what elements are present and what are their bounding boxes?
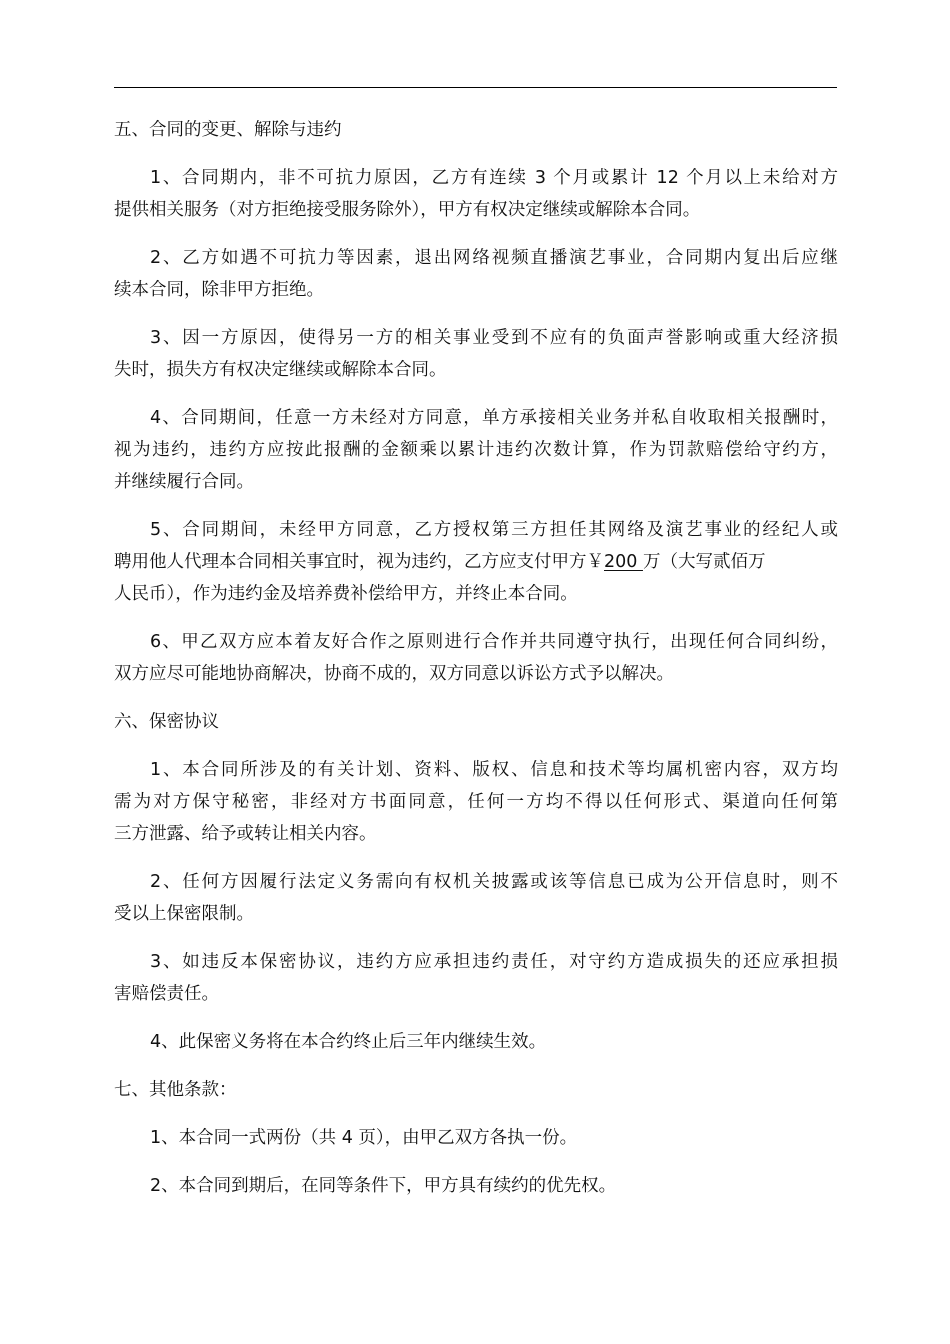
- clause-line: 续本合同，除非甲方拒绝。: [114, 274, 838, 306]
- clause-line: 害赔偿责任。: [114, 978, 838, 1010]
- clause-line: 1、合同期内，非不可抗力原因，乙方有连续 3 个月或累计 12 个月以上未给对方: [114, 162, 838, 194]
- clause-line: 6、甲乙双方应本着友好合作之原则进行合作并共同遵守执行，出现任何合同纠纷，: [114, 626, 838, 658]
- section-heading-7: 七、其他条款：: [114, 1074, 838, 1106]
- clause-line: 1、本合同所涉及的有关计划、资料、版权、信息和技术等均属机密内容，双方均: [114, 754, 838, 786]
- header-rule: [114, 87, 837, 88]
- clause-line: 双方应尽可能地协商解决，协商不成的，双方同意以诉讼方式予以解决。: [114, 658, 838, 690]
- clause-6-3: 3、如违反本保密协议，违约方应承担违约责任，对守约方造成损失的还应承担损 害赔偿…: [114, 946, 838, 1010]
- clause-5-3: 3、因一方原因，使得另一方的相关事业受到不应有的负面声誉影响或重大经济损 失时，…: [114, 322, 838, 386]
- clause-line: 3、如违反本保密协议，违约方应承担违约责任，对守约方造成损失的还应承担损: [114, 946, 838, 978]
- section-heading-5: 五、合同的变更、解除与违约: [114, 114, 838, 146]
- clause-7-1: 1、本合同一式两份（共 4 页），由甲乙双方各执一份。: [114, 1122, 838, 1154]
- clause-line: 视为违约，违约方应按此报酬的金额乘以累计违约次数计算，作为罚款赔偿给守约方，: [114, 434, 838, 466]
- penalty-amount: 200: [604, 552, 643, 572]
- clause-line: 4、合同期间，任意一方未经对方同意，单方承接相关业务并私自收取相关报酬时，: [114, 402, 838, 434]
- clause-5-6: 6、甲乙双方应本着友好合作之原则进行合作并共同遵守执行，出现任何合同纠纷， 双方…: [114, 626, 838, 690]
- clause-5-4: 4、合同期间，任意一方未经对方同意，单方承接相关业务并私自收取相关报酬时， 视为…: [114, 402, 838, 498]
- clause-line: 4、此保密义务将在本合约终止后三年内继续生效。: [114, 1026, 838, 1058]
- clause-5-5: 5、合同期间，未经甲方同意，乙方授权第三方担任其网络及演艺事业的经纪人或 聘用他…: [114, 514, 838, 610]
- clause-line: 并继续履行合同。: [114, 466, 838, 498]
- clause-line: 5、合同期间，未经甲方同意，乙方授权第三方担任其网络及演艺事业的经纪人或: [114, 514, 838, 546]
- clause-7-2: 2、本合同到期后，在同等条件下，甲方具有续约的优先权。: [114, 1170, 838, 1202]
- clause-line: 1、本合同一式两份（共 4 页），由甲乙双方各执一份。: [114, 1122, 838, 1154]
- clause-line: 提供相关服务（对方拒绝接受服务除外），甲方有权决定继续或解除本合同。: [114, 194, 838, 226]
- section-heading-6: 六、保密协议: [114, 706, 838, 738]
- clause-line: 人民币），作为违约金及培养费补偿给甲方，并终止本合同。: [114, 578, 838, 610]
- clause-6-4: 4、此保密义务将在本合约终止后三年内继续生效。: [114, 1026, 838, 1058]
- clause-line: 3、因一方原因，使得另一方的相关事业受到不应有的负面声誉影响或重大经济损: [114, 322, 838, 354]
- clause-5-2: 2、乙方如遇不可抗力等因素，退出网络视频直播演艺事业，合同期内复出后应继 续本合…: [114, 242, 838, 306]
- clause-6-1: 1、本合同所涉及的有关计划、资料、版权、信息和技术等均属机密内容，双方均 需为对…: [114, 754, 838, 850]
- clause-line: 三方泄露、给予或转让相关内容。: [114, 818, 838, 850]
- clause-line: 2、任何方因履行法定义务需向有权机关披露或该等信息已成为公开信息时，则不: [114, 866, 838, 898]
- clause-line: 失时，损失方有权决定继续或解除本合同。: [114, 354, 838, 386]
- clause-line: 受以上保密限制。: [114, 898, 838, 930]
- clause-line: 需为对方保守秘密，非经对方书面同意，任何一方均不得以任何形式、渠道向任何第: [114, 786, 838, 818]
- clause-line: 聘用他人代理本合同相关事宜时，视为违约，乙方应支付甲方￥200 万（大写贰佰万: [114, 546, 838, 578]
- clause-text: 聘用他人代理本合同相关事宜时，视为违约，乙方应支付甲方￥: [114, 552, 604, 572]
- clause-line: 2、乙方如遇不可抗力等因素，退出网络视频直播演艺事业，合同期内复出后应继: [114, 242, 838, 274]
- document-body: 五、合同的变更、解除与违约 1、合同期内，非不可抗力原因，乙方有连续 3 个月或…: [114, 114, 838, 1202]
- clause-line: 2、本合同到期后，在同等条件下，甲方具有续约的优先权。: [114, 1170, 838, 1202]
- clause-5-1: 1、合同期内，非不可抗力原因，乙方有连续 3 个月或累计 12 个月以上未给对方…: [114, 162, 838, 226]
- clause-text: 万（大写贰佰万: [643, 552, 766, 572]
- clause-6-2: 2、任何方因履行法定义务需向有权机关披露或该等信息已成为公开信息时，则不 受以上…: [114, 866, 838, 930]
